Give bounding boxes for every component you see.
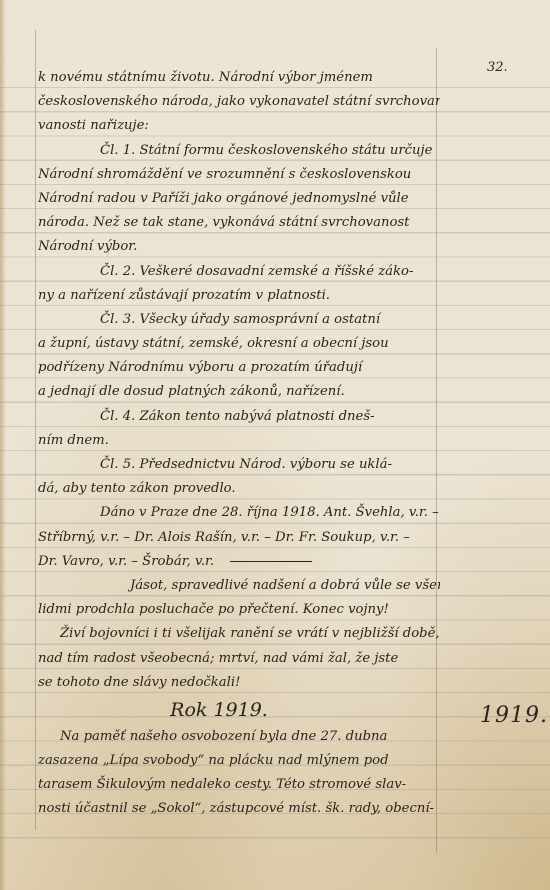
text-line: podřízeny Národnímu výboru a prozatím úř… [38, 356, 440, 380]
text-line: vanosti nařizuje: [38, 114, 440, 138]
signatures-line: Dr. Vavro, v.r. – Šrobár, v.r. [38, 550, 440, 574]
text-line: ním dnem. [38, 429, 440, 453]
text-line: se tohoto dne slávy nedočkali! [38, 671, 440, 695]
text-line: lidmi prodchla posluchače po přečtení. K… [38, 598, 440, 622]
text-line: národa. Než se tak stane, vykonává státn… [38, 211, 440, 235]
manuscript-page: 32. 1919. k novému státnímu životu. Náro… [0, 0, 550, 890]
text-line: k novému státnímu životu. Národní výbor … [38, 66, 440, 90]
text-line: tarasem Šikulovým nedaleko cesty. Této s… [38, 773, 440, 797]
article-3-line: Čl. 3. Všecky úřady samosprávní a ostatn… [38, 308, 440, 332]
text-line: Na paměť našeho osvobození byla dne 27. … [38, 725, 440, 749]
margin-year-note: 1919. [480, 703, 548, 728]
text-line: ny a nařízení zůstávají prozatím v platn… [38, 284, 440, 308]
text-line-content: československého národa, jako vykonavate… [38, 94, 440, 109]
text-line: Národní radou v Paříži jako orgánové jed… [38, 187, 440, 211]
text-line: Národní shromáždění ve srozumnění s česk… [38, 163, 440, 187]
text-line: a jednají dle dosud platných zákonů, nař… [38, 380, 440, 404]
text-line: nad tím radost všeobecná; mrtví, nad vám… [38, 647, 440, 671]
text-line: zasazena „Lípa svobody“ na plácku nad ml… [38, 749, 440, 773]
text-line: Jásot, spravedlivé nadšení a dobrá vůle … [38, 574, 440, 598]
signature-date-line: Dáno v Praze dne 28. října 1918. Ant. Šv… [38, 501, 440, 525]
signatures-line: Stříbrný, v.r. – Dr. Alois Rašín, v.r. –… [38, 526, 440, 550]
article-4-line: Čl. 4. Zákon tento nabývá platnosti dneš… [38, 405, 440, 429]
text-line: nosti účastnil se „Sokol“, zástupcové mí… [38, 797, 440, 821]
text-line: Národní výbor. [38, 235, 440, 259]
text-line: dá, aby tento zákon provedlo. [38, 477, 440, 501]
article-2-line: Čl. 2. Veškeré dosavadní zemské a říšské… [38, 260, 440, 284]
handwritten-body: k novému státnímu životu. Národní výbor … [38, 66, 440, 822]
page-number: 32. [487, 60, 508, 75]
left-margin-rule [35, 30, 36, 830]
text-line: československého národa, jako vykonavate… [38, 90, 440, 114]
year-heading: Rok 1919. [38, 695, 440, 725]
article-5-line: Čl. 5. Předsednictvu Národ. výboru se uk… [38, 453, 440, 477]
article-1-line: Čl. 1. Státní formu československého stá… [38, 139, 440, 163]
text-line: Živí bojovníci i ti všelijak ranění se v… [38, 622, 440, 646]
signatures-text: Dr. Vavro, v.r. – Šrobár, v.r. [38, 554, 214, 569]
closing-rule [230, 561, 312, 562]
text-line: a župní, ústavy státní, zemské, okresní … [38, 332, 440, 356]
